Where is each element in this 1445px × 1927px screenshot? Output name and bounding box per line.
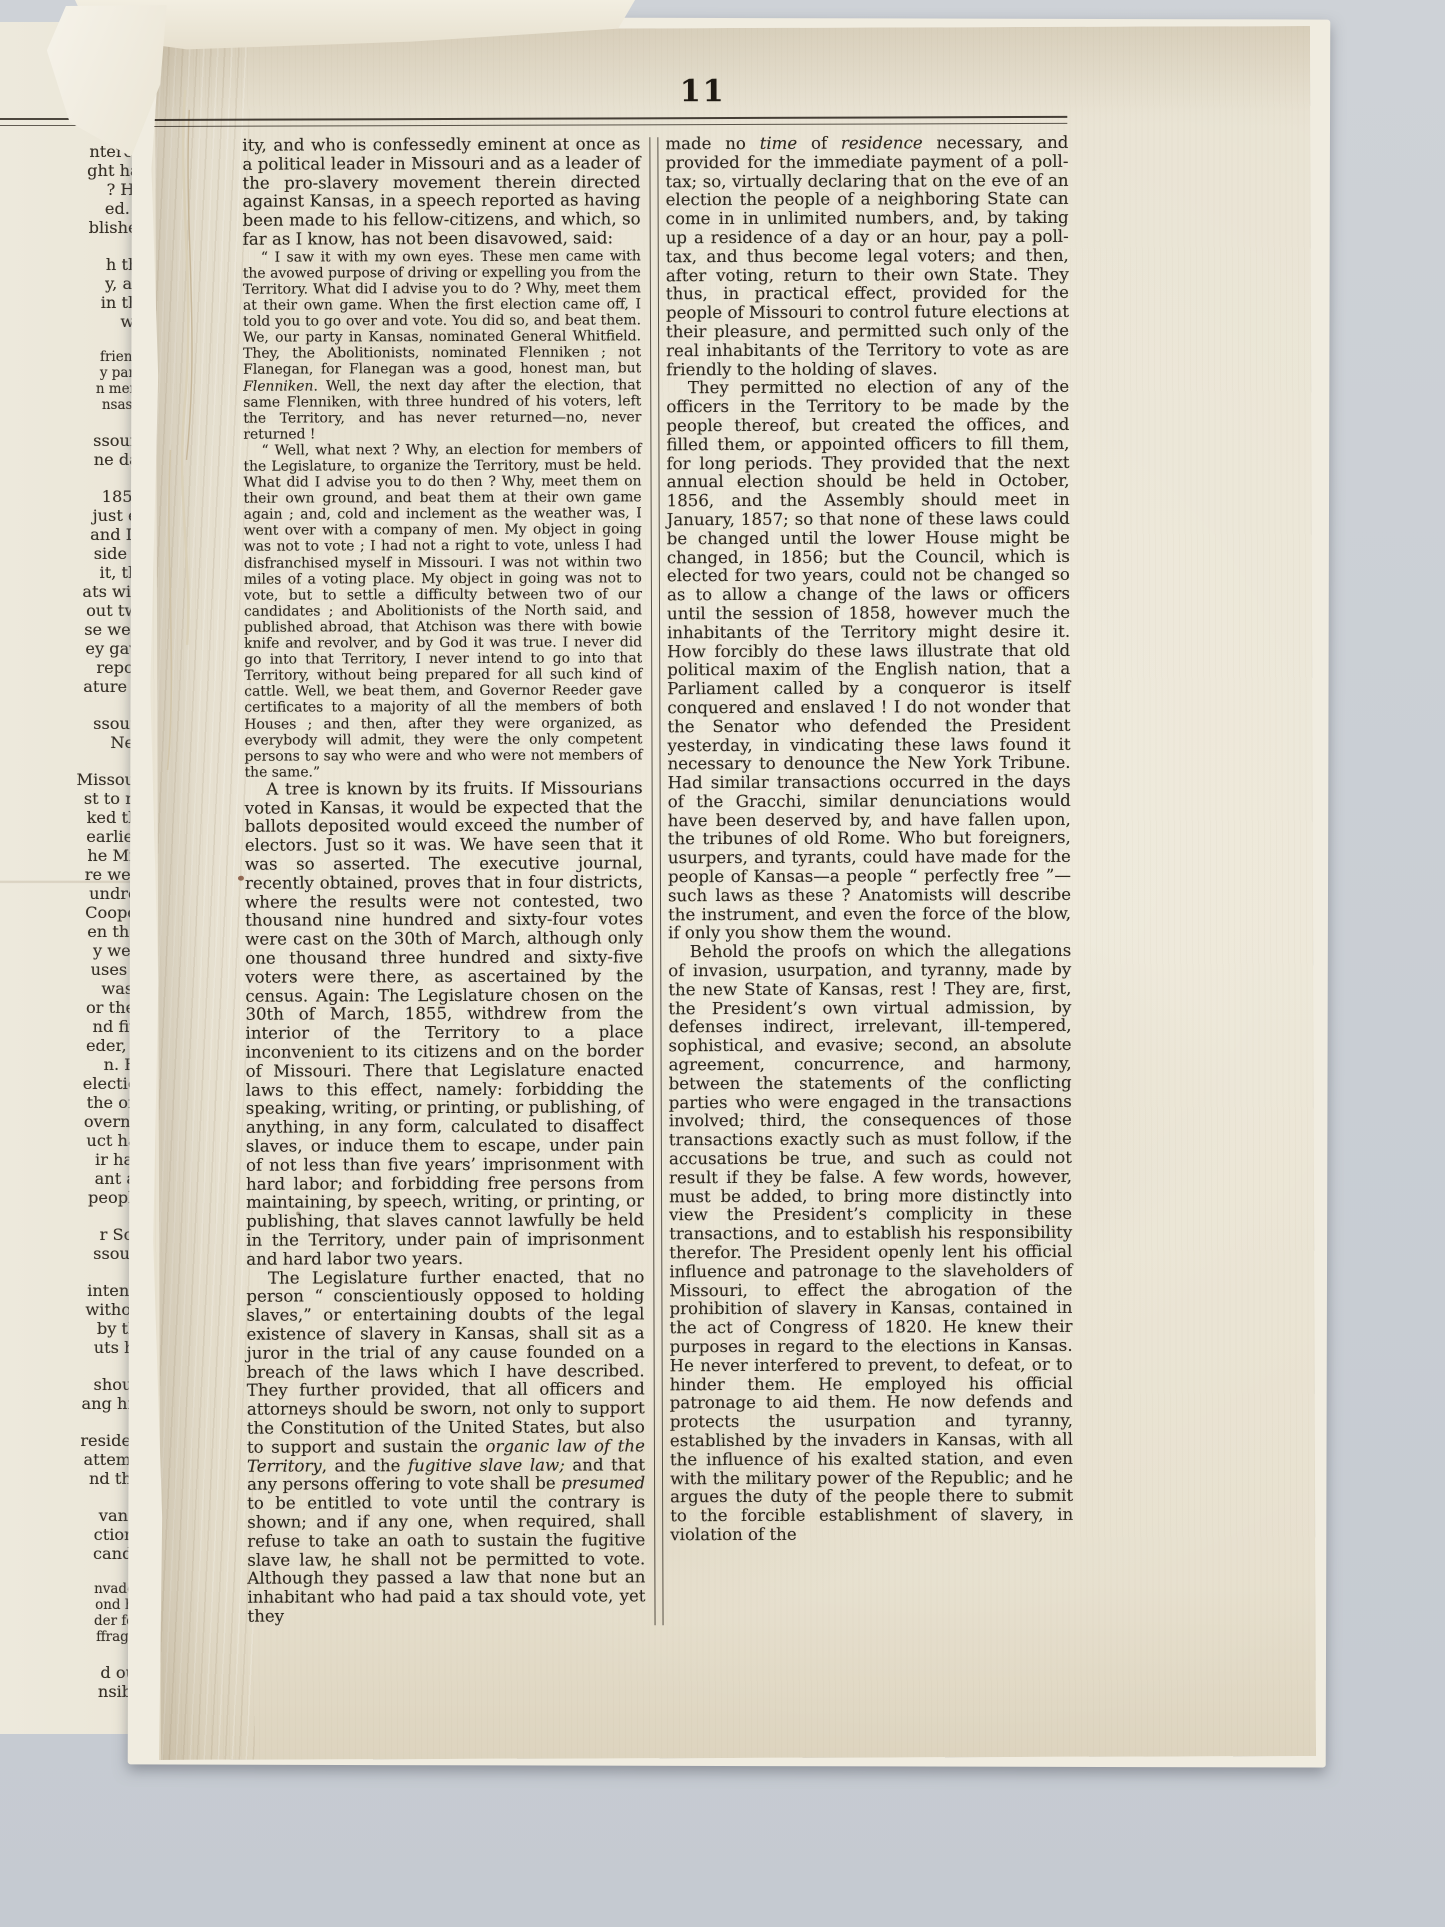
edge-fragment-line: overnor xyxy=(0,1112,148,1131)
edge-fragment-line: Cooper. xyxy=(0,903,148,922)
edge-fragment-line: r Sov- xyxy=(0,1225,148,1244)
edge-fragment-line: y were xyxy=(0,941,148,960)
edge-fragment-line: eder, to xyxy=(0,1036,148,1055)
printed-page: 11 ity, and who is confessedly eminent a… xyxy=(145,26,1316,1760)
paragraph: made no time of residence necessary, and… xyxy=(665,134,1069,380)
edge-fragment-line: ssouri, xyxy=(0,1244,148,1263)
edge-fragment-line: attempt xyxy=(0,1450,148,1469)
edge-fragment-line: ght has xyxy=(0,161,148,180)
edge-fragment-line: friends xyxy=(0,349,148,365)
fragment-group: h they, an-in thews: xyxy=(0,255,148,331)
edge-fragment-line: report xyxy=(0,658,148,677)
edge-fragment-line: or their xyxy=(0,998,148,1017)
edge-fragment-line: intends xyxy=(0,1281,148,1300)
header-rule xyxy=(151,116,1067,127)
edge-fragment-line: should xyxy=(0,1375,148,1394)
fragment-group: Missourist to re-ked theearliesthe Mis-r… xyxy=(0,770,148,1207)
fragment-group: d out-nsibil- xyxy=(0,1663,148,1701)
edge-fragment-line: resident xyxy=(0,1431,148,1450)
paragraph: Behold the proofs on which the allegatio… xyxy=(668,942,1073,1545)
edge-fragment-line: 1855. xyxy=(0,487,148,506)
edge-fragment-line: and In- xyxy=(0,525,148,544)
edge-fragment-line: h the xyxy=(0,255,148,274)
edge-fragment-line: election xyxy=(0,1074,148,1093)
fragment-group: ssouri,ne day xyxy=(0,431,148,469)
edge-fragment-line: New xyxy=(0,733,148,752)
edge-fragment-line: nd five xyxy=(0,1017,148,1036)
paragraph: A tree is known by its fruits. If Missou… xyxy=(245,779,645,1269)
edge-fragment-line: without xyxy=(0,1300,148,1319)
edge-fragment-line: vania, xyxy=(0,1506,148,1525)
edge-fragment-line: ature of xyxy=(0,677,148,696)
edge-fragment-line: Missouri xyxy=(0,770,148,789)
fragment-group: 1855.just enand In-side ofit, theats wit… xyxy=(0,487,148,696)
edge-fragment-line: uct had xyxy=(0,1131,148,1150)
paragraph: ity, and who is confessedly eminent at o… xyxy=(242,135,640,249)
edge-fragment-line: uses in xyxy=(0,960,148,979)
edge-fragment-line: nsibil- xyxy=(0,1682,148,1701)
fragment-group: ssouri,New xyxy=(0,714,148,752)
edge-fragment-line: en they xyxy=(0,922,148,941)
paragraph: “ Well, what next ? Why, an election for… xyxy=(243,441,642,780)
fragment-group: residentattemptnd that xyxy=(0,1431,148,1488)
edge-fragment-line: ang him xyxy=(0,1394,148,1413)
fragment-group: nvaded,ond herder footffrage.” xyxy=(0,1581,148,1645)
paragraph: “ I saw it with my own eyes. These men c… xyxy=(243,248,642,443)
edge-fragment-line: ked the xyxy=(0,808,148,827)
edge-fragment-line: se were xyxy=(0,620,148,639)
edge-fragment-line: blished xyxy=(0,218,148,237)
page-number: 11 xyxy=(242,72,1163,110)
edge-fragment-line: y, an- xyxy=(0,274,148,293)
edge-fragment-line: ed. It xyxy=(0,199,148,218)
edge-fragment-line: y party xyxy=(0,365,148,381)
left-column: ity, and who is confessedly eminent at o… xyxy=(242,135,645,1626)
edge-fragment-line: d out- xyxy=(0,1663,148,1682)
edge-fragment-line: people, xyxy=(0,1188,148,1207)
edge-fragment-line: candid xyxy=(0,1544,148,1563)
edge-fragment-line: undred xyxy=(0,884,148,903)
edge-fragment-line: der foot xyxy=(0,1613,148,1629)
edge-fragment-line: side of xyxy=(0,544,148,563)
edge-fragment-line: the one xyxy=(0,1093,148,1112)
edge-fragment-line: out two xyxy=(0,601,148,620)
edge-fragment-line: ? His xyxy=(0,180,148,199)
right-column: made no time of residence necessary, and… xyxy=(665,134,1073,1625)
edge-fragment-line: ant at- xyxy=(0,1169,148,1188)
edge-fragment-line: just en xyxy=(0,506,148,525)
edge-fragment-line: ctions, xyxy=(0,1525,148,1544)
column-divider-rule xyxy=(649,137,663,1625)
fragment-group: nterestght has? Hised. Itblished xyxy=(0,142,148,237)
fragment-group: friendsy partyn men !nsas is xyxy=(0,349,148,413)
edge-fragment-line: ne day xyxy=(0,450,148,469)
edge-fragment-line: ssouri, xyxy=(0,714,148,733)
edge-fragment-line: was a xyxy=(0,979,148,998)
edge-fragment-line: nvaded, xyxy=(0,1581,148,1597)
edge-fragment-line: uts his xyxy=(0,1338,148,1357)
paragraph: They permitted no election of any of the… xyxy=(666,378,1071,943)
edge-fragment-line: n men ! xyxy=(0,381,148,397)
edge-fragment-line: it, the xyxy=(0,563,148,582)
edge-fragment-line: he Mis- xyxy=(0,846,148,865)
edge-fragment-line: n. He xyxy=(0,1055,148,1074)
edge-fragment-line: in the xyxy=(0,293,148,312)
fragment-group: vania,ctions,candid xyxy=(0,1506,148,1563)
edge-fragment-line: ats with xyxy=(0,582,148,601)
edge-fragment-line: st to re- xyxy=(0,789,148,808)
edge-fragment-line: by the xyxy=(0,1319,148,1338)
fragment-group: intendswithoutby theuts his xyxy=(0,1281,148,1357)
edge-fragment-line: ond her xyxy=(0,1597,148,1613)
pamphlet-scan-photo: nterestght has? Hised. Itblishedh they, … xyxy=(0,0,1445,1927)
fragment-group: shouldang him xyxy=(0,1375,148,1413)
edge-fragment-line: ws: xyxy=(0,312,148,331)
edge-fragment-line: ffrage.” xyxy=(0,1629,148,1645)
text-columns: ity, and who is confessedly eminent at o… xyxy=(242,133,1315,1626)
edge-fragment-line: nd that xyxy=(0,1469,148,1488)
edge-fragment-line: ssouri, xyxy=(0,431,148,450)
paragraph: The Legislature further enacted, that no… xyxy=(246,1268,645,1627)
edge-fragment-line: ey gave xyxy=(0,639,148,658)
fragment-group: r Sov-ssouri, xyxy=(0,1225,148,1263)
edge-fragment-line: ir hats xyxy=(0,1150,148,1169)
edge-fragment-line: nsas is xyxy=(0,397,148,413)
edge-fragment-line: earliest xyxy=(0,827,148,846)
